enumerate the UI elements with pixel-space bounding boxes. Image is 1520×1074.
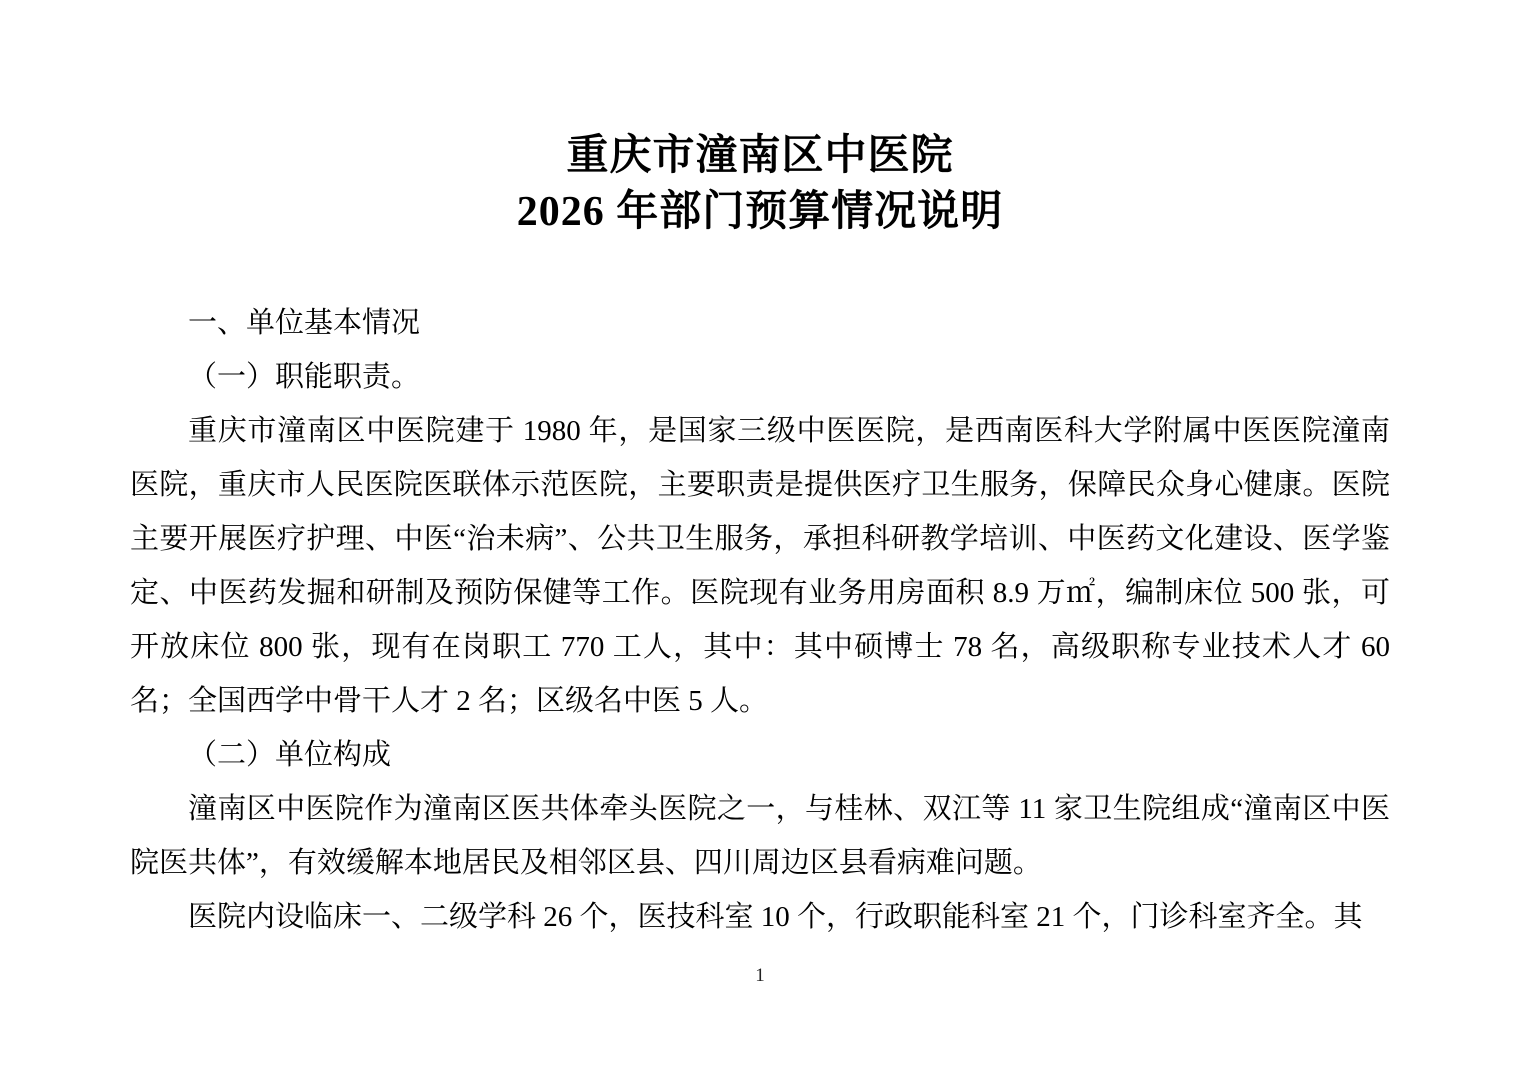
document-title: 重庆市潼南区中医院 2026 年部门预算情况说明 (0, 0, 1520, 240)
title-line-1: 重庆市潼南区中医院 (0, 128, 1520, 184)
page-footer: 1 (0, 962, 1520, 990)
paragraph-departments: 医院内设临床一、二级学科 26 个，医技科室 10 个，行政职能科室 21 个，… (130, 890, 1390, 944)
document-page: 重庆市潼南区中医院 2026 年部门预算情况说明 一、单位基本情况 （一）职能职… (0, 0, 1520, 1074)
paragraph-duties: 重庆市潼南区中医院建于 1980 年，是国家三级中医医院，是西南医科大学附属中医… (130, 404, 1390, 728)
subsection-heading-composition: （二）单位构成 (130, 728, 1390, 782)
paragraph-composition: 潼南区中医院作为潼南区医共体牵头医院之一，与桂林、双江等 11 家卫生院组成“潼… (130, 782, 1390, 890)
document-body: 一、单位基本情况 （一）职能职责。 重庆市潼南区中医院建于 1980 年，是国家… (130, 296, 1390, 944)
title-line-2: 2026 年部门预算情况说明 (0, 184, 1520, 240)
page-number: 1 (755, 965, 765, 986)
subsection-heading-duties: （一）职能职责。 (130, 350, 1390, 404)
section-heading-basic-info: 一、单位基本情况 (130, 296, 1390, 350)
